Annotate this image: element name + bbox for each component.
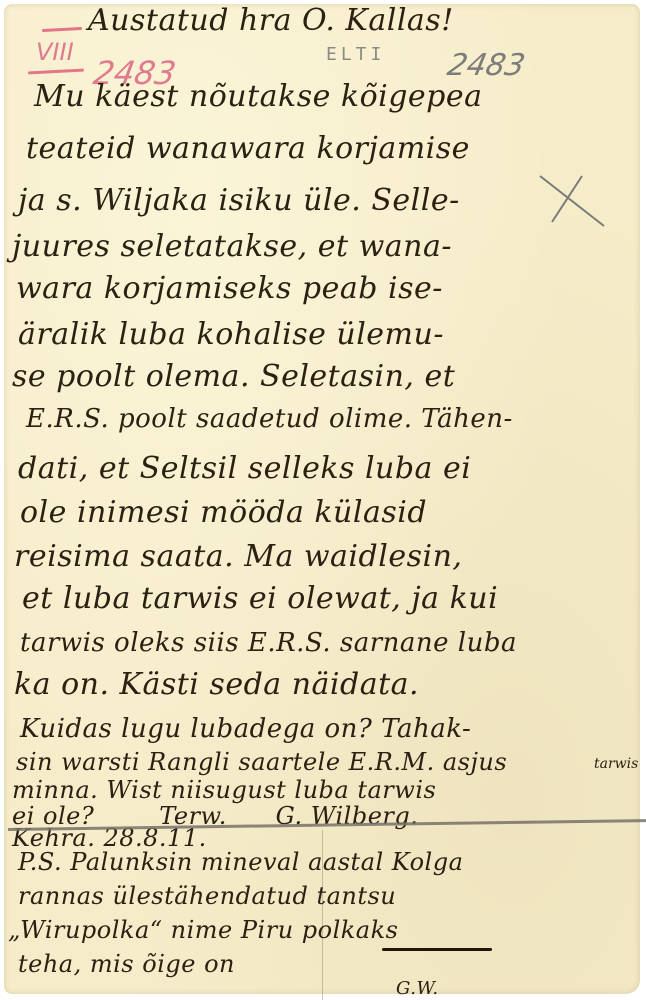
pencil-x-mark bbox=[534, 172, 614, 232]
body-line: E.R.S. poolt saadetud olime. Tähen- bbox=[26, 406, 513, 432]
postscript-line: P.S. Palunksin mineval aastal Kolga bbox=[18, 850, 463, 874]
body-line: se poolt olema. Seletasin, et bbox=[12, 362, 455, 392]
body-line: juures seletatakse, et wana- bbox=[12, 232, 452, 262]
body-line: sin warsti Rangli saartele E.R.M. asjus bbox=[16, 750, 507, 774]
body-line: reisima saata. Ma waidlesin, bbox=[14, 542, 462, 572]
body-line: Mu käest nõutakse kõigepea bbox=[34, 82, 483, 112]
body-line: et luba tarwis ei olewat, ja kui bbox=[22, 584, 498, 614]
body-line: äralik luba kohalise ülemu- bbox=[18, 320, 444, 350]
underline-piru bbox=[382, 948, 492, 951]
red-bar-bottom bbox=[28, 69, 84, 75]
gray-stamp: ЕLТI bbox=[326, 44, 385, 65]
body-line: dati, et Seltsil selleks luba ei bbox=[18, 454, 471, 484]
body-line: tarwis oleks siis E.R.S. sarnane luba bbox=[20, 630, 517, 656]
body-line: ka on. Kästi seda näidata. bbox=[14, 670, 419, 700]
postscript-line: teha, mis õige on bbox=[18, 952, 235, 976]
postscript-line: „Wirupolka“ nime Piru polkaks bbox=[8, 918, 398, 942]
body-line: ole inimesi mööda külasid bbox=[20, 498, 427, 528]
body-line: wara korjamiseks peab ise- bbox=[16, 274, 443, 304]
body-line: minna. Wist niisugust luba tarwis bbox=[12, 778, 436, 802]
postscript-line: rannas ülestähendatud tantsu bbox=[18, 884, 396, 908]
red-roman-numeral: VIII bbox=[36, 38, 74, 66]
postscript-initials: G.W. bbox=[396, 980, 439, 998]
body-line: ja s. Wiljaka isiku üle. Selle- bbox=[18, 186, 460, 216]
salutation: Austatud hra O. Kallas! bbox=[88, 6, 454, 36]
body-line: teateid wanawara korjamise bbox=[26, 134, 470, 164]
inserted-word: tarwis bbox=[594, 756, 638, 772]
postcard: VIII 2483 ЕLТI 2483 Austatud hra O. Kall… bbox=[4, 4, 640, 994]
red-bar-top bbox=[42, 27, 82, 32]
body-line: Kuidas lugu lubadega on? Tahak- bbox=[20, 716, 471, 742]
pencil-archive-number: 2483 bbox=[444, 48, 528, 83]
